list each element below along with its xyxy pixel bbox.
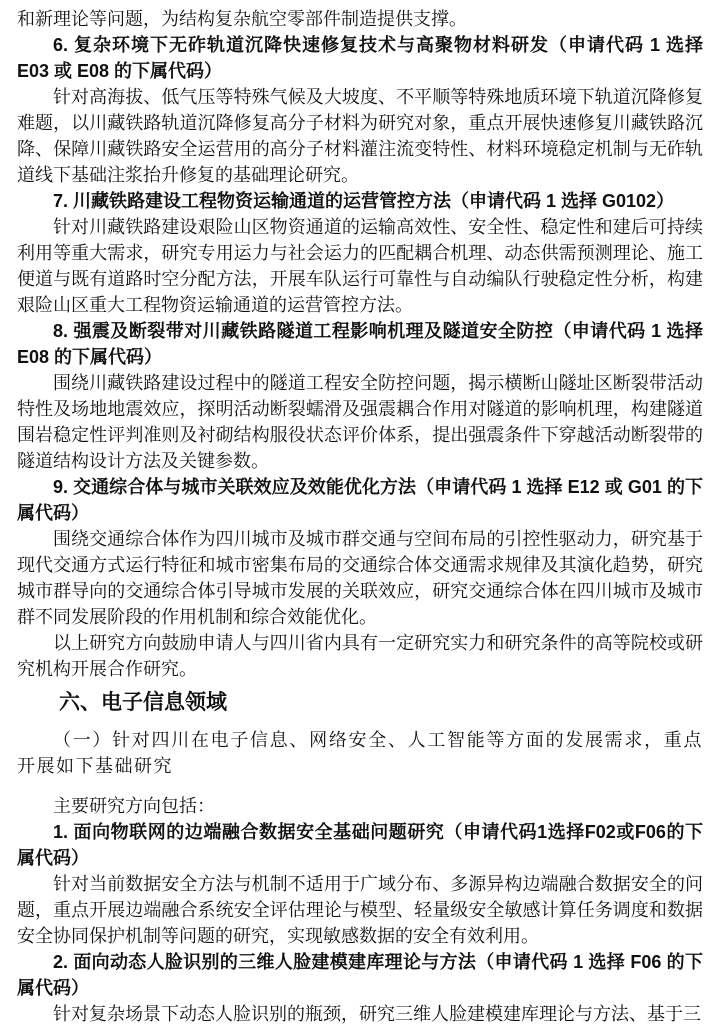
direction-6-body: 针对高海拔、低气压等特殊气候及大坡度、不平顺等特殊地质环境下轨道沉降修复难题，以…: [17, 84, 703, 188]
direction-6-heading: 6. 复杂环境下无砟轨道沉降快速修复技术与高聚物材料研发（申请代码 1 选择 E…: [17, 32, 703, 84]
direction-8-heading: 8. 强震及断裂带对川藏铁路隧道工程影响机理及隧道安全防控（申请代码 1 选择 …: [17, 318, 703, 370]
direction-2-heading: 2. 面向动态人脸识别的三维人脸建模建库理论与方法（申请代码 1 选择 F06 …: [17, 949, 703, 1001]
direction-1-heading: 1. 面向物联网的边端融合数据安全基础问题研究（申请代码1选择F02或F06的下…: [17, 819, 703, 871]
continuation-paragraph: 和新理论等问题，为结构复杂航空零部件制造提供支撑。: [17, 6, 703, 32]
direction-9-heading: 9. 交通综合体与城市关联效应及效能优化方法（申请代码 1 选择 E12 或 G…: [17, 474, 703, 526]
section-6-heading: 六、电子信息领域: [17, 690, 703, 716]
cooperation-note-paragraph: 以上研究方向鼓励申请人与四川省内具有一定研究实力和研究条件的高等院校或研究机构开…: [17, 630, 703, 682]
direction-1-body: 针对当前数据安全方法与机制不适用于广域分布、多源异构边端融合数据安全的问题，重点…: [17, 871, 703, 949]
direction-7-body: 针对川藏铁路建设艰险山区物资通道的运输高效性、安全性、稳定性和建后可持续利用等重…: [17, 214, 703, 318]
document-page: 和新理论等问题，为结构复杂航空零部件制造提供支撑。 6. 复杂环境下无砟轨道沉降…: [0, 0, 720, 1030]
direction-8-body: 围绕川藏铁路建设过程中的隧道工程安全防控问题，揭示横断山隧址区断裂带活动特性及场…: [17, 370, 703, 474]
direction-2-body-cutoff: 针对复杂场景下动态人脸识别的瓶颈，研究三维人脸建模建库理论与方法、基于三: [17, 1001, 703, 1027]
direction-9-body: 围绕交通综合体作为四川城市及城市群交通与空间布局的引控性驱动力，研究基于现代交通…: [17, 526, 703, 630]
main-directions-lead-paragraph: 主要研究方向包括：: [17, 793, 703, 819]
direction-7-heading: 7. 川藏铁路建设工程物资运输通道的运营管控方法（申请代码 1 选择 G0102…: [17, 188, 703, 214]
section-intro-paragraph: （一）针对四川在电子信息、网络安全、人工智能等方面的发展需求，重点开展如下基础研…: [17, 727, 703, 779]
